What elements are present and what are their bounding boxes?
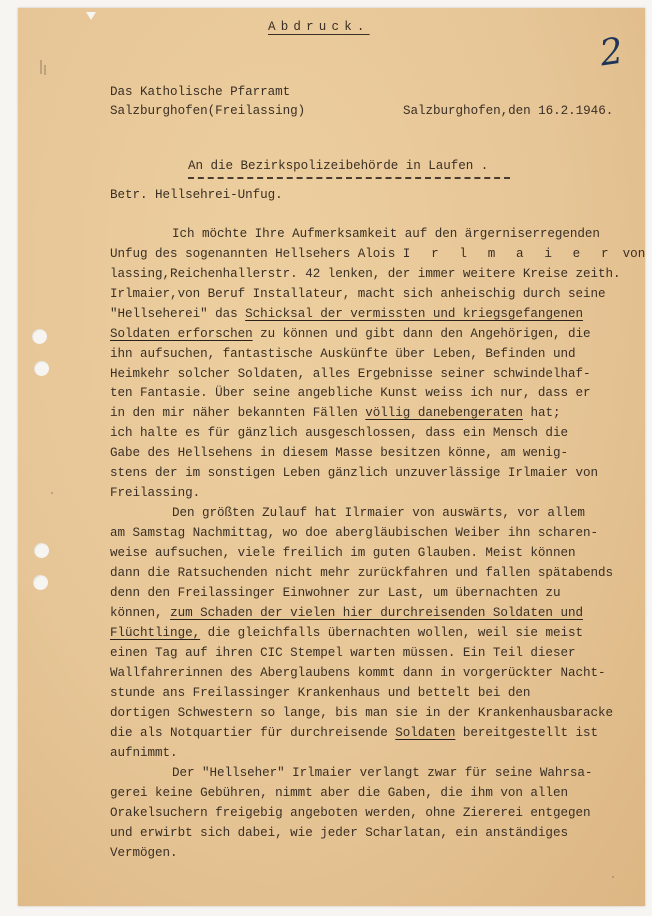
body-line: Heimkehr solcher Soldaten, alles Ergebni…	[110, 366, 590, 383]
underlined-phrase: Schicksal der vermissten und kriegsgefan…	[245, 307, 583, 321]
body-line: lassing,Reichenhallerstr. 42 lenken, der…	[110, 266, 621, 283]
document: Abdruck. 2 Das Katholische Pfarramt Salz…	[0, 0, 652, 916]
recipient: An die Bezirkspolizeibehörde in Laufen .	[188, 158, 488, 175]
body-line: in den mir näher bekannten Fällen völlig…	[110, 405, 560, 422]
body-line: Ich möchte Ihre Aufmerksamkeit auf den ä…	[110, 226, 600, 243]
subject-line: Betr. Hellsehrei-Unfug.	[110, 187, 283, 204]
body-line: aufnimmt.	[110, 745, 178, 762]
body-line: und erwirbt sich dabei, wie jeder Scharl…	[110, 825, 568, 842]
recipient-dashed-underline	[188, 177, 510, 179]
underlined-phrase: Soldaten	[395, 726, 455, 740]
sender-line-2: Salzburghofen(Freilassing)	[110, 103, 305, 120]
body-line: ich halte es für gänzlich ausgeschlossen…	[110, 425, 568, 442]
body-line: denn den Freilassinger Einwohner zur Las…	[110, 585, 560, 602]
underlined-phrase: völlig danebengeraten	[365, 406, 523, 420]
body-line: Gabe des Hellsehens in diesem Masse besi…	[110, 445, 568, 462]
name-irlmaier-spaced: I r l m a i e r	[403, 247, 615, 261]
body-line: die als Notquartier für durchreisende So…	[110, 725, 598, 742]
body-line: stunde ans Freilassinger Krankenhaus und…	[110, 685, 530, 702]
underlined-phrase: zum Schaden der vielen hier durchreisend…	[170, 606, 583, 620]
body-line: Soldaten erforschen zu können und gibt d…	[110, 326, 591, 343]
body-line: Wallfahrerinnen des Aberglaubens kommt d…	[110, 665, 606, 682]
body-line: am Samstag Nachmittag, wo doe abergläubi…	[110, 525, 598, 542]
body-line: Irlmaier,von Beruf Installateur, macht s…	[110, 286, 606, 303]
document-title: Abdruck.	[268, 20, 370, 34]
body-line: gerei keine Gebühren, nimmt aber die Gab…	[110, 785, 568, 802]
body-line: dortigen Schwestern so lange, bis man si…	[110, 705, 613, 722]
body-line: Den größten Zulauf hat Ilrmaier von ausw…	[110, 505, 585, 522]
body-line: einen Tag auf ihren CIC Stempel warten m…	[110, 645, 575, 662]
handwritten-page-number: 2	[597, 31, 625, 75]
body-line: ihn aufsuchen, fantastische Auskünfte üb…	[110, 346, 575, 363]
sender-line-1: Das Katholische Pfarramt	[110, 84, 290, 101]
body-line: dann die Ratsuchenden nicht mehr zurückf…	[110, 565, 613, 582]
place-date: Salzburghofen,den 16.2.1946.	[403, 103, 613, 120]
body-line: Orakelsuchern freigebig angeboten werden…	[110, 805, 590, 822]
body-line: Vermögen.	[110, 845, 178, 862]
underlined-phrase: Flüchtlinge,	[110, 626, 200, 640]
body-line: ten Fantasie. Über seine angebliche Kuns…	[110, 385, 590, 402]
body-line: Unfug des sogenannten Hellsehers Alois I…	[110, 246, 652, 263]
body-line: Freilassing.	[110, 485, 200, 502]
body-line: können, zum Schaden der vielen hier durc…	[110, 605, 583, 622]
body-line: Der "Hellseher" Irlmaier verlangt zwar f…	[110, 765, 592, 782]
body-line: Flüchtlinge, die gleichfalls übernachten…	[110, 625, 583, 642]
body-line: weise aufsuchen, viele freilich im guten…	[110, 545, 575, 562]
underlined-phrase: Soldaten erforschen	[110, 327, 253, 341]
body-line: "Hellseherei" das Schicksal der vermisst…	[110, 306, 583, 323]
body-line: stens der im sonstigen Leben gänzlich un…	[110, 465, 598, 482]
